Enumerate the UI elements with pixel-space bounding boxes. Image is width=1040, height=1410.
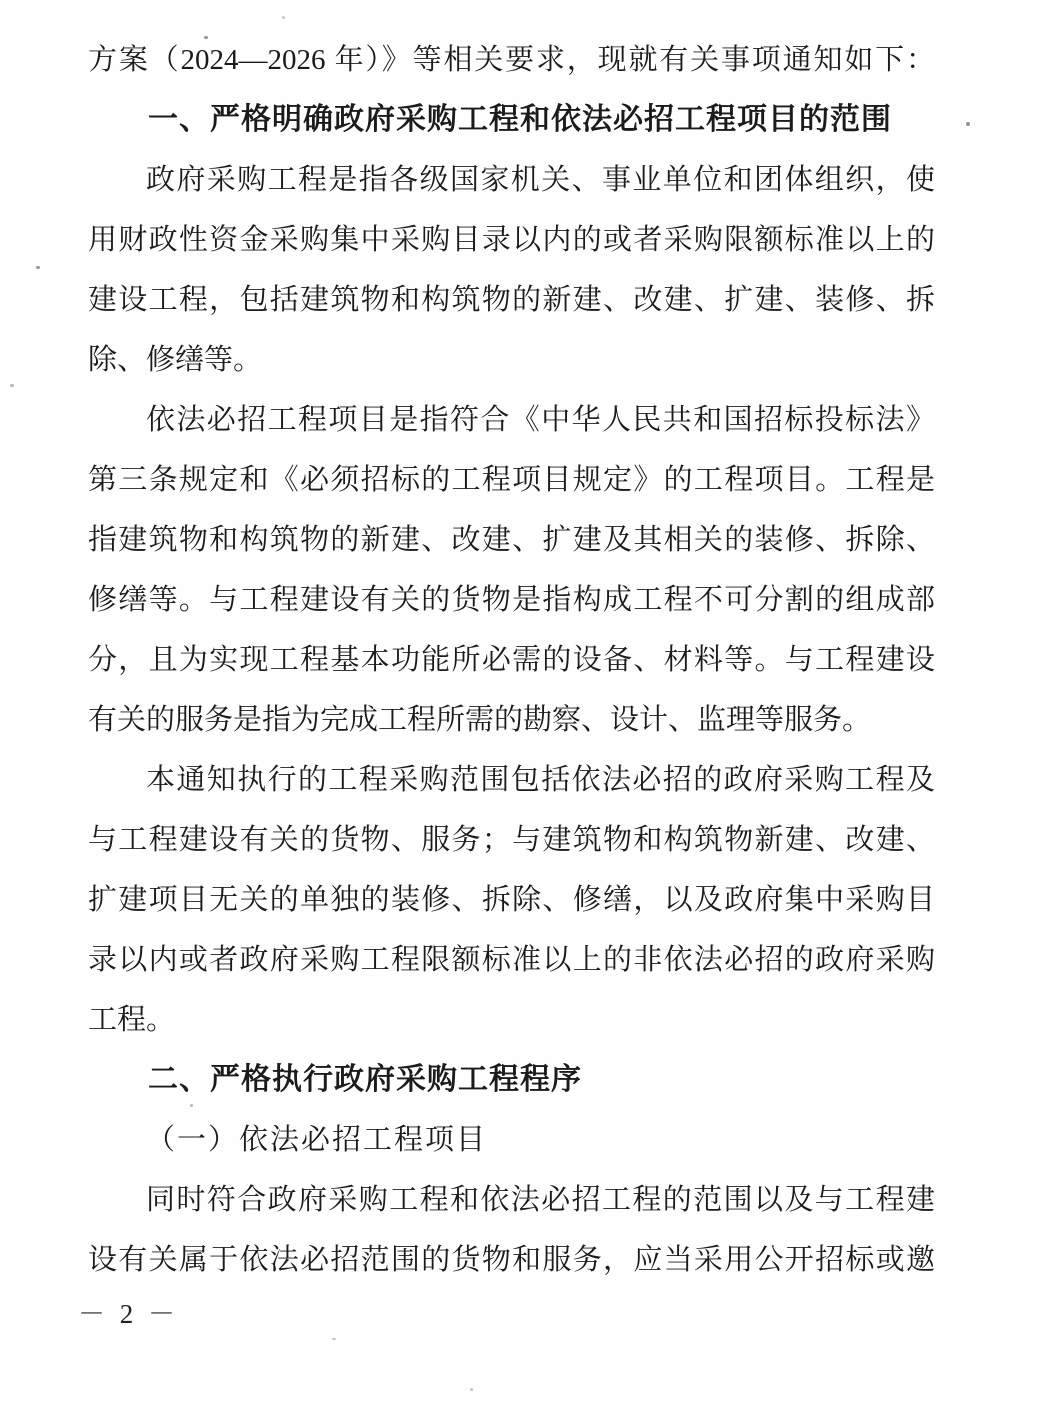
doc-line: 与工程建设有关的货物、服务；与建筑物和构筑物新建、改建、 [88, 810, 935, 870]
doc-line: 工程。 [88, 990, 935, 1050]
scan-speck [36, 266, 40, 269]
scan-speck [204, 36, 208, 39]
document-body: 方案（2024—2026 年）》等相关要求，现就有关事项通知如下： 一、严格明确… [88, 30, 935, 1290]
doc-line: 设有关属于依法必招范围的货物和服务，应当采用公开招标或邀 [88, 1230, 935, 1290]
doc-line: 依法必招工程项目是指符合《中华人民共和国招标投标法》 [88, 390, 935, 450]
doc-line: 录以内或者政府采购工程限额标准以上的非依法必招的政府采购 [88, 930, 935, 990]
scan-speck [190, 1104, 193, 1107]
doc-line: 建设工程，包括建筑物和构筑物的新建、改建、扩建、装修、拆 [88, 270, 935, 330]
doc-line: 指建筑物和构筑物的新建、改建、扩建及其相关的装修、拆除、 [88, 510, 935, 570]
scan-speck [10, 384, 14, 387]
doc-line: 第三条规定和《必须招标的工程项目规定》的工程项目。工程是 [88, 450, 935, 510]
subsection-1-heading: （一）依法必招工程项目 [88, 1110, 935, 1170]
doc-line: 除、修缮等。 [88, 330, 935, 390]
scan-speck [966, 122, 970, 126]
doc-line-continuation: 方案（2024—2026 年）》等相关要求，现就有关事项通知如下： [88, 30, 935, 90]
scan-speck [332, 1338, 336, 1340]
document-page: 方案（2024—2026 年）》等相关要求，现就有关事项通知如下： 一、严格明确… [0, 0, 1040, 1410]
doc-line: 本通知执行的工程采购范围包括依法必招的政府采购工程及 [88, 750, 935, 810]
doc-line: 修缮等。与工程建设有关的货物是指构成工程不可分割的组成部 [88, 570, 935, 630]
doc-line: 分，且为实现工程基本功能所必需的设备、材料等。与工程建设 [88, 630, 935, 690]
scan-speck [282, 16, 285, 19]
scan-speck [470, 1388, 473, 1391]
page-number: － 2 － [78, 1292, 179, 1331]
doc-line: 用财政性资金采购集中采购目录以内的或者采购限额标准以上的 [88, 210, 935, 270]
doc-line: 政府采购工程是指各级国家机关、事业单位和团体组织，使 [88, 150, 935, 210]
doc-line: 同时符合政府采购工程和依法必招工程的范围以及与工程建 [88, 1170, 935, 1230]
section-1-heading: 一、严格明确政府采购工程和依法必招工程项目的范围 [88, 90, 935, 150]
doc-line: 扩建项目无关的单独的装修、拆除、修缮，以及政府集中采购目 [88, 870, 935, 930]
section-2-heading: 二、严格执行政府采购工程程序 [88, 1050, 935, 1110]
doc-line: 有关的服务是指为完成工程所需的勘察、设计、监理等服务。 [88, 690, 935, 750]
